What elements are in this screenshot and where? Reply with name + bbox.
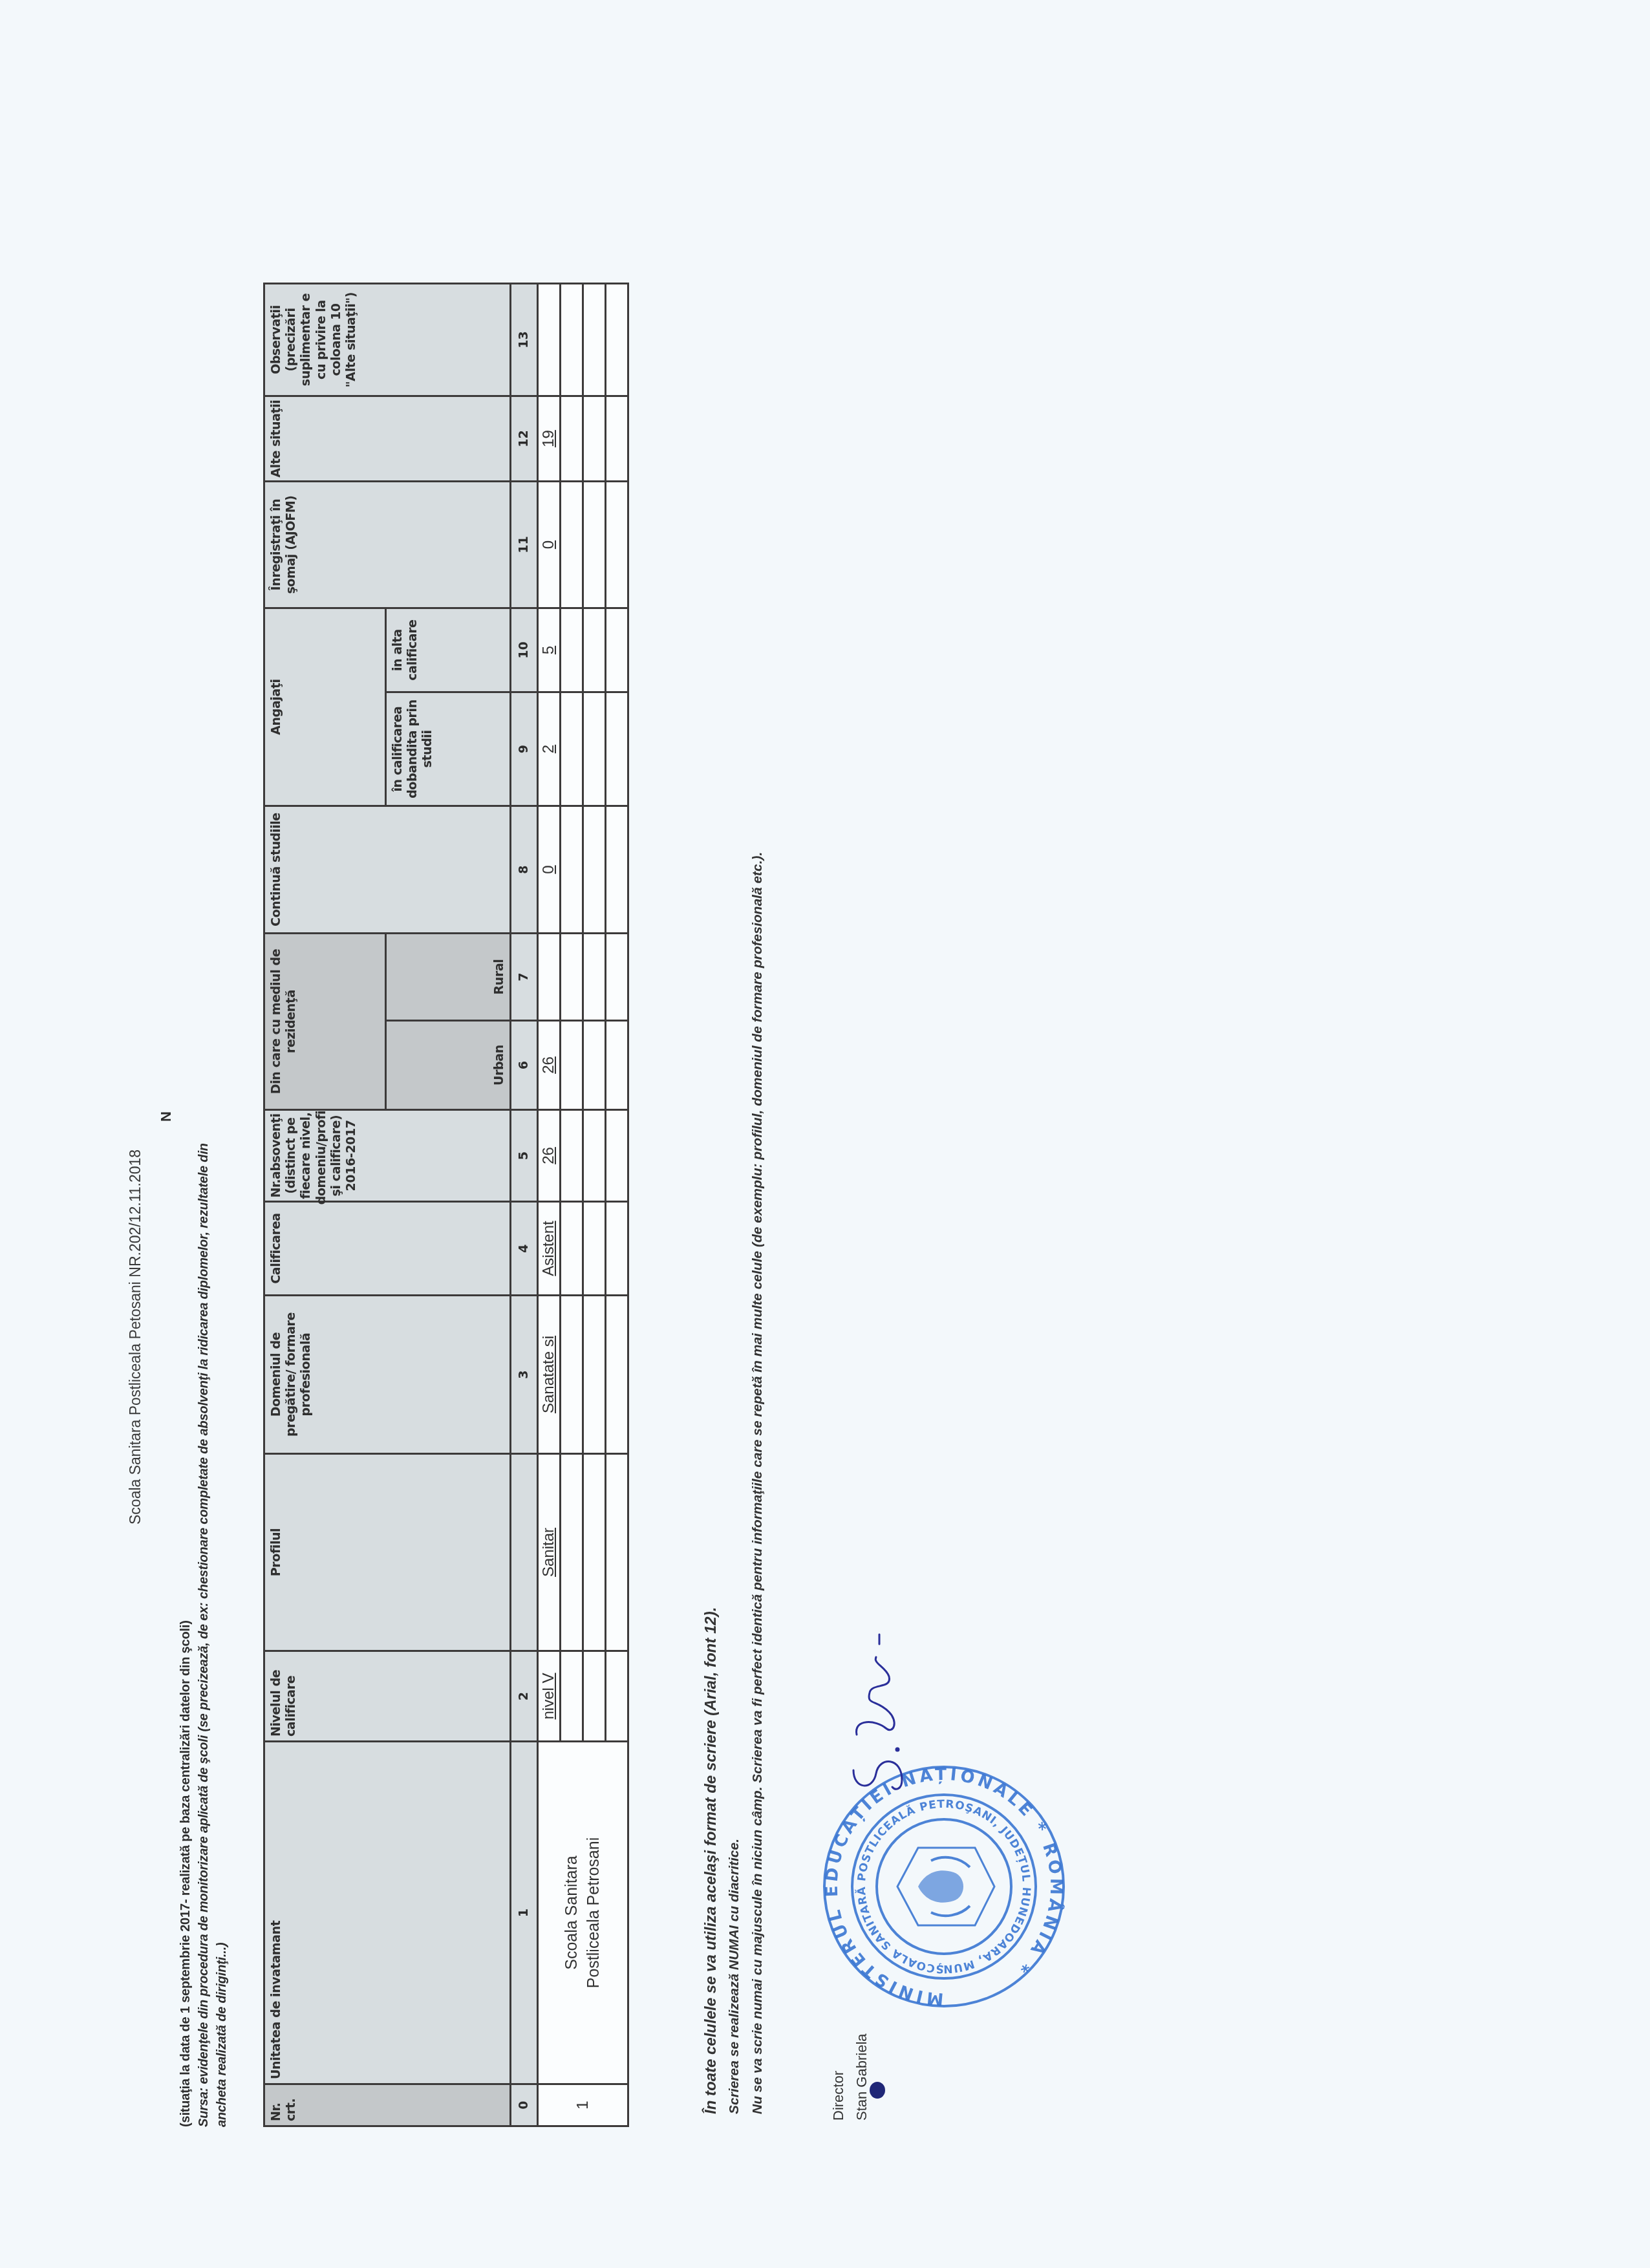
empty-cell — [582, 480, 606, 609]
row-cell-calificarea: Asistent — [537, 1201, 561, 1296]
row-cell-continua: 0 — [537, 805, 561, 934]
header-angajati: Angajaţi — [263, 607, 387, 807]
row-cell-angajati-calif-text: 2 — [539, 745, 558, 753]
empty-cell — [582, 1201, 606, 1296]
header-unitatea-text: Unitatea de invatamant — [269, 1921, 284, 2079]
column-number-5-text: 5 — [517, 1151, 531, 1160]
row-cell-nr-absolventi: 26 — [537, 1109, 561, 1203]
empty-cell — [582, 395, 606, 482]
instruction-font: În toate celulele se va utiliza acelaşi … — [702, 1607, 720, 2114]
empty-cell — [559, 1294, 584, 1455]
row-cell-nivelul-text: nivel V — [539, 1673, 558, 1719]
header-domeniul-text: Domeniul de pregătire/ formare profesion… — [269, 1299, 314, 1450]
row-cell-profilul-text: Sanitar — [539, 1528, 558, 1577]
center-mark: N — [158, 1111, 175, 1122]
row-cell-continua-text: 0 — [539, 865, 558, 873]
source-note-line-2: ancheta realizată de diriginţi...) — [215, 1943, 230, 2128]
column-number-4-text: 4 — [517, 1244, 531, 1252]
column-number-12: 12 — [509, 395, 539, 482]
row-cell-observatii — [537, 283, 561, 397]
ink-blot — [870, 2082, 885, 2099]
header-din-care-text: Din care cu mediul de rezidenţă — [269, 937, 299, 1106]
column-number-6: 6 — [509, 1020, 539, 1111]
header-nr-crt: Nr. crt. — [263, 2083, 511, 2127]
row-cell-domeniul-text: Sanatate si — [539, 1336, 558, 1413]
document-header: Scoala Sanitara Postliceala Petosani NR.… — [127, 1150, 144, 1524]
row-cell-alte-text: 19 — [539, 430, 558, 447]
row-cell-profilul: Sanitar — [537, 1453, 561, 1652]
column-number-4: 4 — [509, 1201, 539, 1296]
column-number-11: 11 — [509, 480, 539, 609]
header-profilul-text: Profilul — [269, 1528, 284, 1576]
header-unitatea: Unitatea de invatamant — [263, 1740, 511, 2085]
situation-note: (situaţia la data de 1 septembrie 2017- … — [178, 1620, 193, 2127]
handwritten-signature — [841, 1628, 918, 1796]
empty-cell — [559, 1020, 584, 1111]
empty-cell — [605, 395, 629, 482]
row-cell-inregistrati-text: 0 — [539, 540, 558, 549]
header-nr-crt-text: Nr. crt. — [269, 2089, 299, 2121]
empty-cell — [559, 932, 584, 1022]
row-nr-crt: 1 — [537, 2083, 629, 2127]
row-cell-angajati-alta-text: 5 — [539, 646, 558, 654]
empty-cell — [605, 283, 629, 397]
signature-name: Stan Gabriela — [853, 2033, 870, 2121]
empty-cell — [605, 691, 629, 807]
column-number-2-text: 2 — [517, 1692, 531, 1700]
empty-cell — [582, 283, 606, 397]
header-alte: Alte situaţii — [263, 395, 511, 482]
empty-cell — [605, 607, 629, 693]
column-number-0-text: 0 — [517, 2101, 531, 2109]
empty-cell — [559, 1453, 584, 1652]
empty-cell — [582, 691, 606, 807]
empty-cell — [582, 607, 606, 693]
column-number-3: 3 — [509, 1294, 539, 1455]
header-angajati-text: Angajaţi — [269, 679, 284, 734]
row-unitatea-line: Postliceala Petrosani — [583, 1837, 605, 1988]
column-number-8-text: 8 — [517, 865, 531, 873]
empty-cell — [582, 1453, 606, 1652]
empty-cell — [559, 691, 584, 807]
column-number-1-text: 1 — [517, 1909, 531, 1917]
empty-cell — [559, 1109, 584, 1203]
header-profilul: Profilul — [263, 1453, 511, 1652]
header-rural-text: Rural — [492, 959, 507, 995]
column-number-9: 9 — [509, 691, 539, 807]
empty-cell — [559, 805, 584, 934]
row-unitatea-line: Scoala Sanitara — [561, 1856, 583, 1970]
column-number-blank — [509, 1453, 539, 1652]
instruction-no-caps: Nu se va scrie numai cu majuscule în nic… — [750, 852, 766, 2114]
empty-cell — [605, 1650, 629, 1742]
header-nr-absolventi: Nr.absovenţi (distinct pe fiecare nivel,… — [263, 1109, 511, 1203]
empty-cell — [605, 1109, 629, 1203]
official-stamp: MINISTERUL EDUCAȚIEI NAȚIONALE * ROMÂNIA… — [821, 1764, 1067, 2009]
row-cell-urban: 26 — [537, 1020, 561, 1111]
header-angajati-calificare: în calificarea dobandita prin studii — [385, 691, 511, 807]
signature-role: Director — [830, 2071, 847, 2121]
header-angajati-alta: in alta calificare — [385, 607, 511, 693]
header-alte-text: Alte situaţii — [269, 400, 284, 478]
row-cell-angajati-calif: 2 — [537, 691, 561, 807]
row-cell-alte: 19 — [537, 395, 561, 482]
header-angajati-alta-text: in alta calificare — [391, 612, 420, 689]
empty-cell — [582, 1650, 606, 1742]
empty-cell — [582, 805, 606, 934]
empty-cell — [605, 1201, 629, 1296]
instruction-diacritics: Scrierea se realizează NUMAI cu diacriti… — [727, 1839, 742, 2114]
header-rural: Rural — [385, 932, 511, 1022]
column-number-7-text: 7 — [517, 972, 531, 981]
column-number-11-text: 11 — [517, 536, 531, 553]
header-urban-text: Urban — [492, 1045, 507, 1086]
header-inregistrati-text: Înregistraţi în şomaj (AJOFM) — [269, 485, 299, 604]
empty-cell — [605, 1294, 629, 1455]
empty-cell — [582, 932, 606, 1022]
empty-cell — [559, 283, 584, 397]
column-number-1: 1 — [509, 1740, 539, 2085]
empty-cell — [559, 480, 584, 609]
source-note-line-1: Sursa: evidenţele din procedura de monit… — [197, 1143, 211, 2127]
row-cell-inregistrati: 0 — [537, 480, 561, 609]
header-continua: Continuă studiile — [263, 805, 511, 934]
empty-cell — [582, 1294, 606, 1455]
column-number-2: 2 — [509, 1650, 539, 1742]
column-number-13-text: 13 — [517, 331, 531, 348]
row-cell-nr-absolventi-text: 26 — [539, 1147, 558, 1164]
empty-cell — [605, 932, 629, 1022]
column-number-12-text: 12 — [517, 430, 531, 447]
empty-cell — [605, 805, 629, 934]
empty-cell — [605, 480, 629, 609]
column-number-13: 13 — [509, 283, 539, 397]
column-number-5: 5 — [509, 1109, 539, 1203]
row-cell-rural — [537, 932, 561, 1022]
header-nr-absolventi-text: Nr.absovenţi (distinct pe fiecare nivel,… — [269, 1107, 359, 1205]
row-cell-nivelul: nivel V — [537, 1650, 561, 1742]
column-number-9-text: 9 — [517, 745, 531, 753]
header-nivelul-text: Nivelul de calificare — [269, 1656, 299, 1737]
header-urban: Urban — [385, 1020, 511, 1111]
row-cell-angajati-alta: 5 — [537, 607, 561, 693]
header-calificarea: Calificarea — [263, 1201, 511, 1296]
empty-cell — [605, 1453, 629, 1652]
row-cell-urban-text: 26 — [539, 1056, 558, 1074]
row-nr-crt-text: 1 — [573, 2101, 592, 2109]
row-cell-domeniul: Sanatate si — [537, 1294, 561, 1455]
empty-cell — [559, 1650, 584, 1742]
coat-of-arms-icon — [918, 1870, 963, 1903]
header-observatii: Observaţii (precizări suplimentar e cu p… — [263, 283, 511, 397]
column-number-7: 7 — [509, 932, 539, 1022]
header-continua-text: Continuă studiile — [269, 813, 284, 926]
empty-cell — [559, 1201, 584, 1296]
header-inregistrati: Înregistraţi în şomaj (AJOFM) — [263, 480, 511, 609]
header-nivelul: Nivelul de calificare — [263, 1650, 511, 1742]
document-page: Scoala Sanitara Postliceala Petosani NR.… — [0, 0, 1650, 2268]
column-number-0: 0 — [509, 2083, 539, 2127]
empty-cell — [582, 1109, 606, 1203]
column-number-10-text: 10 — [517, 641, 531, 658]
header-angajati-calificare-text: în calificarea dobandita prin studii — [391, 696, 436, 802]
header-domeniul: Domeniul de pregătire/ formare profesion… — [263, 1294, 511, 1455]
empty-cell — [559, 395, 584, 482]
empty-cell — [582, 1020, 606, 1111]
header-calificarea-text: Calificarea — [269, 1213, 284, 1283]
column-number-3-text: 3 — [517, 1370, 531, 1378]
empty-cell — [559, 607, 584, 693]
empty-cell — [605, 1020, 629, 1111]
row-cell-calificarea-text: Asistent — [539, 1221, 558, 1276]
header-din-care: Din care cu mediul de rezidenţă — [263, 932, 387, 1111]
column-number-6-text: 6 — [517, 1061, 531, 1069]
header-observatii-text: Observaţii (precizări suplimentar e cu p… — [269, 287, 359, 392]
column-number-10: 10 — [509, 607, 539, 693]
column-number-8: 8 — [509, 805, 539, 934]
row-unitatea: Scoala SanitaraPostliceala Petrosani — [537, 1740, 629, 2085]
